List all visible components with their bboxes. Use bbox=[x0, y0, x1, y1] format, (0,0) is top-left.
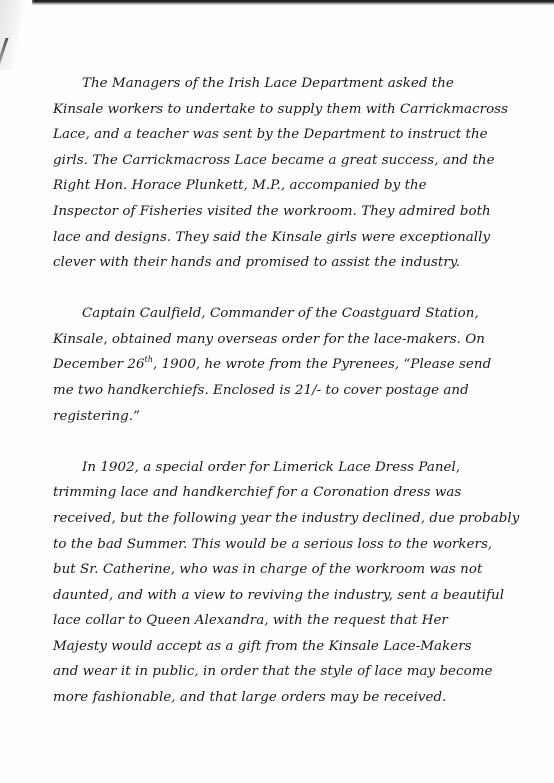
text-line: me two handkerchiefs. Enclosed is 21/- t… bbox=[53, 378, 513, 404]
text-line: Right Hon. Horace Plunkett, M.P., accomp… bbox=[53, 173, 513, 199]
text-line: Kinsale workers to undertake to supply t… bbox=[53, 97, 513, 123]
text-line: Inspector of Fisheries visited the workr… bbox=[53, 199, 513, 225]
text-line: received, but the following year the ind… bbox=[53, 506, 513, 532]
document-body: The Managers of the Irish Lace Departmen… bbox=[53, 71, 513, 711]
paragraph-captain-caulfield: Captain Caulfield, Commander of the Coas… bbox=[53, 301, 513, 429]
scanned-page: The Managers of the Irish Lace Departmen… bbox=[0, 0, 554, 783]
text-fragment: , 1900, he wrote from the Pyrenees, “Ple… bbox=[153, 357, 491, 372]
text-line: but Sr. Catherine, who was in charge of … bbox=[53, 557, 513, 583]
text-line: Lace, and a teacher was sent by the Depa… bbox=[53, 122, 513, 148]
text-line: Majesty would accept as a gift from the … bbox=[53, 634, 513, 660]
text-line: registering.” bbox=[53, 404, 513, 430]
paragraph-coronation-order: In 1902, a special order for Limerick La… bbox=[53, 455, 513, 711]
text-line: lace collar to Queen Alexandra, with the… bbox=[53, 608, 513, 634]
text-line: Kinsale, obtained many overseas order fo… bbox=[53, 327, 513, 353]
text-line: girls. The Carrickmacross Lace became a … bbox=[53, 148, 513, 174]
text-line: clever with their hands and promised to … bbox=[53, 250, 513, 276]
text-line: trimming lace and handkerchief for a Cor… bbox=[53, 480, 513, 506]
text-line: In 1902, a special order for Limerick La… bbox=[53, 455, 513, 481]
text-line: The Managers of the Irish Lace Departmen… bbox=[53, 71, 513, 97]
text-line: to the bad Summer. This would be a serio… bbox=[53, 532, 513, 558]
page-top-edge-shadow bbox=[32, 0, 554, 5]
date-text: December 26 bbox=[53, 357, 145, 372]
paragraph-irish-lace-department: The Managers of the Irish Lace Departmen… bbox=[53, 71, 513, 276]
text-line: lace and designs. They said the Kinsale … bbox=[53, 225, 513, 251]
page-corner-curl bbox=[0, 0, 34, 70]
text-line: more fashionable, and that large orders … bbox=[53, 685, 513, 711]
text-line: and wear it in public, in order that the… bbox=[53, 659, 513, 685]
text-line-with-date: December 26th, 1900, he wrote from the P… bbox=[53, 352, 513, 378]
text-line: Captain Caulfield, Commander of the Coas… bbox=[53, 301, 513, 327]
text-line: daunted, and with a view to reviving the… bbox=[53, 583, 513, 609]
ordinal-suffix: th bbox=[145, 355, 153, 364]
